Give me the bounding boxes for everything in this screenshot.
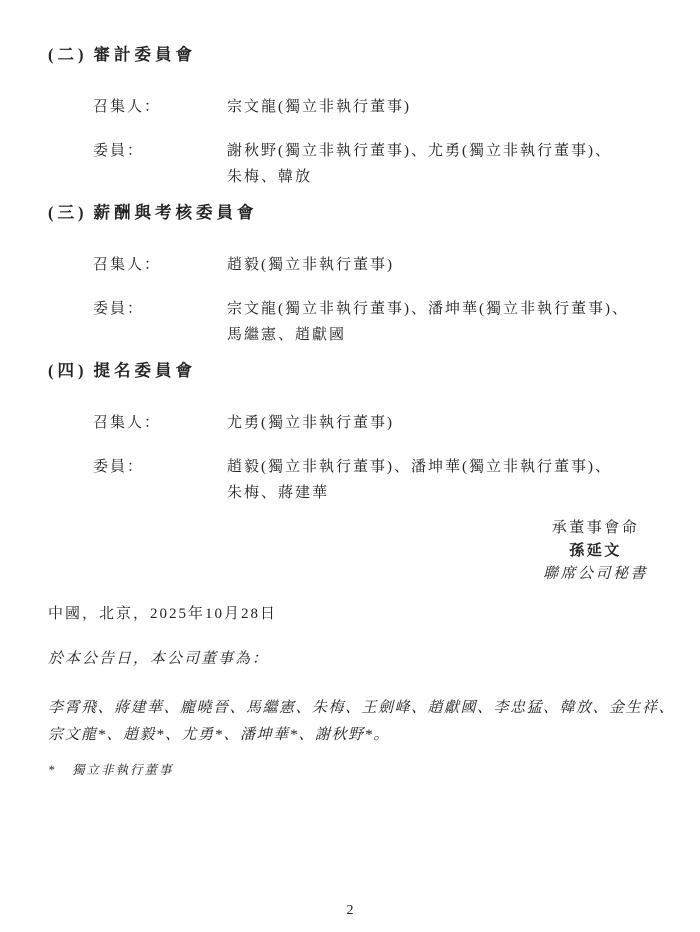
members-value-line: 朱梅、韓放 — [227, 164, 612, 190]
members-value: 宗文龍(獨立非執行董事)、潘坤華(獨立非執行董事)、 馬繼憲、趙獻國 — [227, 296, 629, 348]
page-content: (二)審計委員會 召集人： 宗文龍(獨立非執行董事) 委員： 謝秋野(獨立非執行… — [0, 0, 700, 779]
page-number: 2 — [0, 903, 700, 919]
committee-number: (二) — [48, 45, 88, 64]
directors-intro: 於本公告日，本公司董事為： — [48, 648, 648, 670]
members-value-line: 謝秋野(獨立非執行董事)、尤勇(獨立非執行董事)、 — [227, 138, 612, 164]
members-value-line: 朱梅、蔣建華 — [227, 480, 612, 506]
committee-section-remuneration: (三)薪酬與考核委員會 召集人： 趙毅(獨立非執行董事) 委員： 宗文龍(獨立非… — [48, 202, 648, 348]
directors-line: 李霄飛、蔣建華、龐曉晉、馬繼憲、朱梅、王劍峰、趙獻國、李忠猛、韓放、金生祥、 — [48, 695, 648, 722]
convener-value-line: 趙毅(獨立非執行董事) — [227, 252, 394, 278]
convener-label: 召集人： — [93, 252, 227, 278]
convener-value: 宗文龍(獨立非執行董事) — [227, 94, 411, 120]
committee-heading-remuneration: (三)薪酬與考核委員會 — [48, 202, 648, 224]
convener-row: 召集人： 趙毅(獨立非執行董事) — [93, 252, 648, 278]
by-order-line: 承董事會命 — [543, 517, 648, 540]
convener-value: 趙毅(獨立非執行董事) — [227, 252, 394, 278]
committee-title: 薪酬與考核委員會 — [94, 203, 258, 222]
convener-value: 尤勇(獨立非執行董事) — [227, 410, 394, 436]
members-value-line: 趙毅(獨立非執行董事)、潘坤華(獨立非執行董事)、 — [227, 454, 612, 480]
secretary-name: 孫延文 — [543, 540, 648, 563]
members-row: 委員： 宗文龍(獨立非執行董事)、潘坤華(獨立非執行董事)、 馬繼憲、趙獻國 — [93, 296, 648, 348]
committee-number: (四) — [48, 361, 88, 380]
convener-value-line: 尤勇(獨立非執行董事) — [227, 410, 394, 436]
directors-line: 宗文龍*、趙毅*、尤勇*、潘坤華*、謝秋野*。 — [48, 722, 648, 749]
committee-section-nomination: (四)提名委員會 召集人： 尤勇(獨立非執行董事) 委員： 趙毅(獨立非執行董事… — [48, 360, 648, 506]
committee-heading-nomination: (四)提名委員會 — [48, 360, 648, 382]
committee-heading-audit: (二)審計委員會 — [48, 44, 648, 66]
members-value-line: 馬繼憲、趙獻國 — [227, 322, 629, 348]
members-label: 委員： — [93, 296, 227, 348]
members-label: 委員： — [93, 138, 227, 190]
convener-label: 召集人： — [93, 410, 227, 436]
dateline: 中國，北京，2025年10月28日 — [48, 603, 648, 625]
members-value: 趙毅(獨立非執行董事)、潘坤華(獨立非執行董事)、 朱梅、蔣建華 — [227, 454, 612, 506]
members-label: 委員： — [93, 454, 227, 506]
convener-row: 召集人： 尤勇(獨立非執行董事) — [93, 410, 648, 436]
members-row: 委員： 趙毅(獨立非執行董事)、潘坤華(獨立非執行董事)、 朱梅、蔣建華 — [93, 454, 648, 506]
committee-rows: 召集人： 宗文龍(獨立非執行董事) 委員： 謝秋野(獨立非執行董事)、尤勇(獨立… — [93, 94, 648, 190]
members-row: 委員： 謝秋野(獨立非執行董事)、尤勇(獨立非執行董事)、 朱梅、韓放 — [93, 138, 648, 190]
committee-rows: 召集人： 尤勇(獨立非執行董事) 委員： 趙毅(獨立非執行董事)、潘坤華(獨立非… — [93, 410, 648, 506]
document-page: (二)審計委員會 召集人： 宗文龍(獨立非執行董事) 委員： 謝秋野(獨立非執行… — [0, 0, 700, 932]
footnote-marker: * — [48, 761, 72, 779]
secretary-title: 聯席公司秘書 — [543, 563, 648, 586]
committee-title: 審計委員會 — [94, 45, 197, 64]
signature-block: 承董事會命 孫延文 聯席公司秘書 — [543, 517, 648, 586]
footnote: * 獨立非執行董事 — [48, 761, 648, 779]
convener-row: 召集人： 宗文龍(獨立非執行董事) — [93, 94, 648, 120]
convener-label: 召集人： — [93, 94, 227, 120]
committee-rows: 召集人： 趙毅(獨立非執行董事) 委員： 宗文龍(獨立非執行董事)、潘坤華(獨立… — [93, 252, 648, 348]
footnote-text: 獨立非執行董事 — [72, 761, 174, 779]
committee-section-audit: (二)審計委員會 召集人： 宗文龍(獨立非執行董事) 委員： 謝秋野(獨立非執行… — [48, 44, 648, 190]
committee-title: 提名委員會 — [94, 361, 197, 380]
committee-number: (三) — [48, 203, 88, 222]
convener-value-line: 宗文龍(獨立非執行董事) — [227, 94, 411, 120]
members-value-line: 宗文龍(獨立非執行董事)、潘坤華(獨立非執行董事)、 — [227, 296, 629, 322]
directors-list: 李霄飛、蔣建華、龐曉晉、馬繼憲、朱梅、王劍峰、趙獻國、李忠猛、韓放、金生祥、 宗… — [48, 695, 648, 749]
members-value: 謝秋野(獨立非執行董事)、尤勇(獨立非執行董事)、 朱梅、韓放 — [227, 138, 612, 190]
